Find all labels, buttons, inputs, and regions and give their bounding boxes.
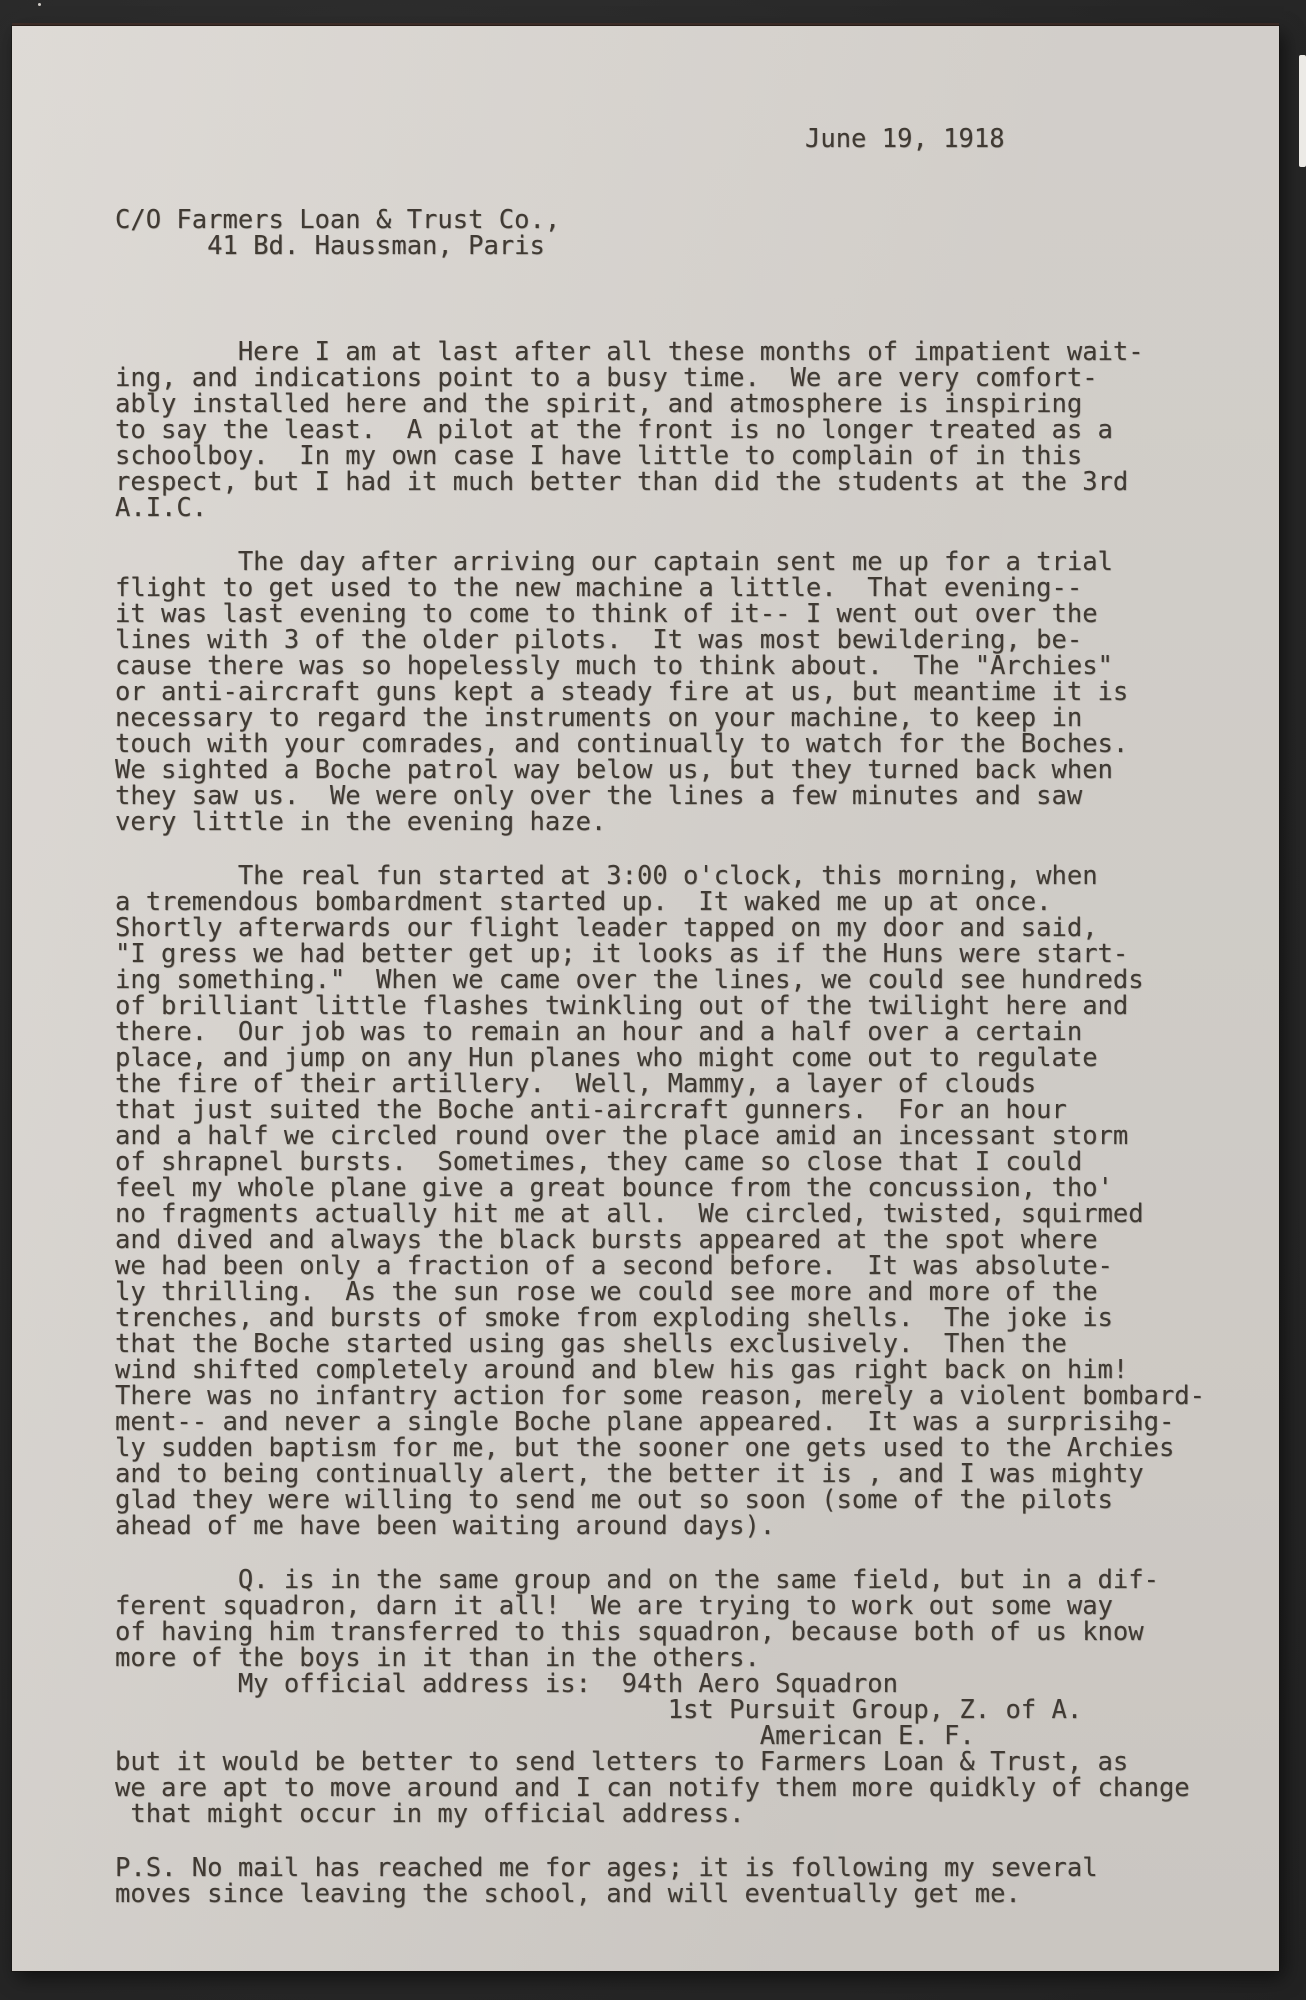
- sender-address: C/O Farmers Loan & Trust Co., 41 Bd. Hau…: [115, 207, 1251, 259]
- letter-scan: June 19, 1918 C/O Farmers Loan & Trust C…: [0, 0, 1306, 2000]
- letter-paper: June 19, 1918 C/O Farmers Loan & Trust C…: [12, 26, 1279, 1971]
- paragraph-arrival: Here I am at last after all these months…: [115, 339, 1251, 521]
- paragraph-trial-flight: The day after arriving our captain sent …: [115, 549, 1251, 835]
- letter-date: June 19, 1918: [805, 126, 1251, 152]
- postscript: P.S. No mail has reached me for ages; it…: [115, 1855, 1251, 1907]
- scan-edge-artifact: [1299, 55, 1306, 167]
- scan-dust-speck: [38, 3, 41, 6]
- paragraph-bombardment: The real fun started at 3:00 o'clock, th…: [115, 863, 1251, 1539]
- paragraph-squadron-address: Q. is in the same group and on the same …: [115, 1567, 1251, 1827]
